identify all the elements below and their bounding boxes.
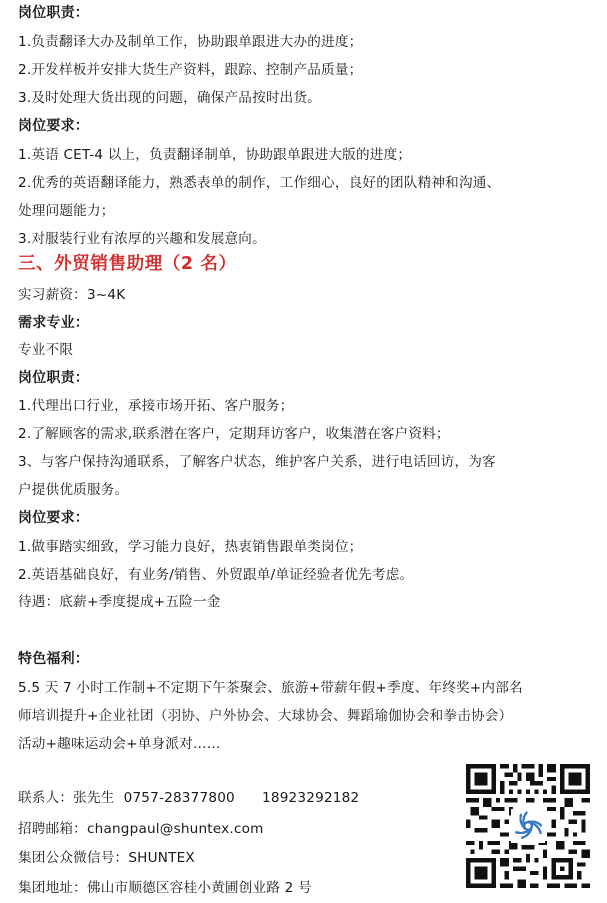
section-heading: 三、外贸销售助理（2 名）	[18, 254, 237, 274]
requirement-item: 1.英语 CET-4 以上，负责翻译制单，协助跟单跟进大版的进度；	[18, 145, 411, 165]
perks-label: 特色福利：	[18, 649, 89, 669]
requirement-item: 3.对服装行业有浓厚的兴趣和发展意向。	[18, 229, 266, 249]
duty-item: 户提供优质服务。	[18, 480, 128, 500]
benefits-text: 待遇：底薪+季度提成+五险一金	[18, 592, 221, 612]
requirements-label: 岗位要求：	[18, 116, 89, 136]
duty-item: 1.负责翻译大办及制单工作，协助跟单跟进大办的进度；	[18, 32, 362, 52]
salary-text: 实习薪资：3~4K	[18, 285, 125, 305]
requirements-label: 岗位要求：	[18, 508, 89, 528]
requirement-item: 处理问题能力；	[18, 201, 115, 221]
major-label: 需求专业：	[18, 313, 89, 333]
requirement-item: 1.做事踏实细致，学习能力良好，热衷销售跟单类岗位；	[18, 537, 362, 557]
duties-label: 岗位职责：	[18, 368, 89, 388]
duty-item: 3.及时处理大货出现的问题，确保产品按时出货。	[18, 88, 321, 108]
requirement-item: 2.优秀的英语翻译能力，熟悉表单的制作，工作细心，良好的团队精神和沟通、	[18, 173, 500, 193]
duty-item: 2.了解顾客的需求,联系潜在客户，定期拜访客户，收集潜在客户资料；	[18, 424, 450, 444]
perks-line: 师培训提升+企业社团（羽协、户外协会、大球协会、舞蹈瑜伽协会和拳击协会）	[18, 706, 512, 726]
contact-email: 招聘邮箱：changpaul@shuntex.com	[18, 819, 264, 839]
contact-wechat: 集团公众微信号：SHUNTEX	[18, 848, 195, 868]
duty-item: 3、与客户保持沟通联系，了解客户状态，维护客户关系，进行电话回访，为客	[18, 452, 496, 472]
major-value: 专业不限	[18, 340, 73, 360]
perks-line: 活动+趣味运动会+单身派对……	[18, 734, 221, 754]
perks-line: 5.5 天 7 小时工作制+不定期下午茶聚会、旅游+带薪年假+季度、年终奖+内部…	[18, 678, 523, 698]
contact-address: 集团地址：佛山市顺德区容桂小黄圃创业路 2 号	[18, 878, 312, 898]
duty-item: 1.代理出口行业，承接市场开拓、客户服务；	[18, 396, 293, 416]
contact-person: 联系人：张先生 0757-28377800 18923292182	[18, 788, 359, 808]
duty-item: 2.开发样板并安排大货生产资料，跟踪、控制产品质量；	[18, 60, 362, 80]
qr-code-icon	[466, 763, 590, 889]
duties-label: 岗位职责：	[18, 3, 89, 23]
requirement-item: 2.英语基础良好，有业务/销售、外贸跟单/单证经验者优先考虑。	[18, 565, 413, 585]
